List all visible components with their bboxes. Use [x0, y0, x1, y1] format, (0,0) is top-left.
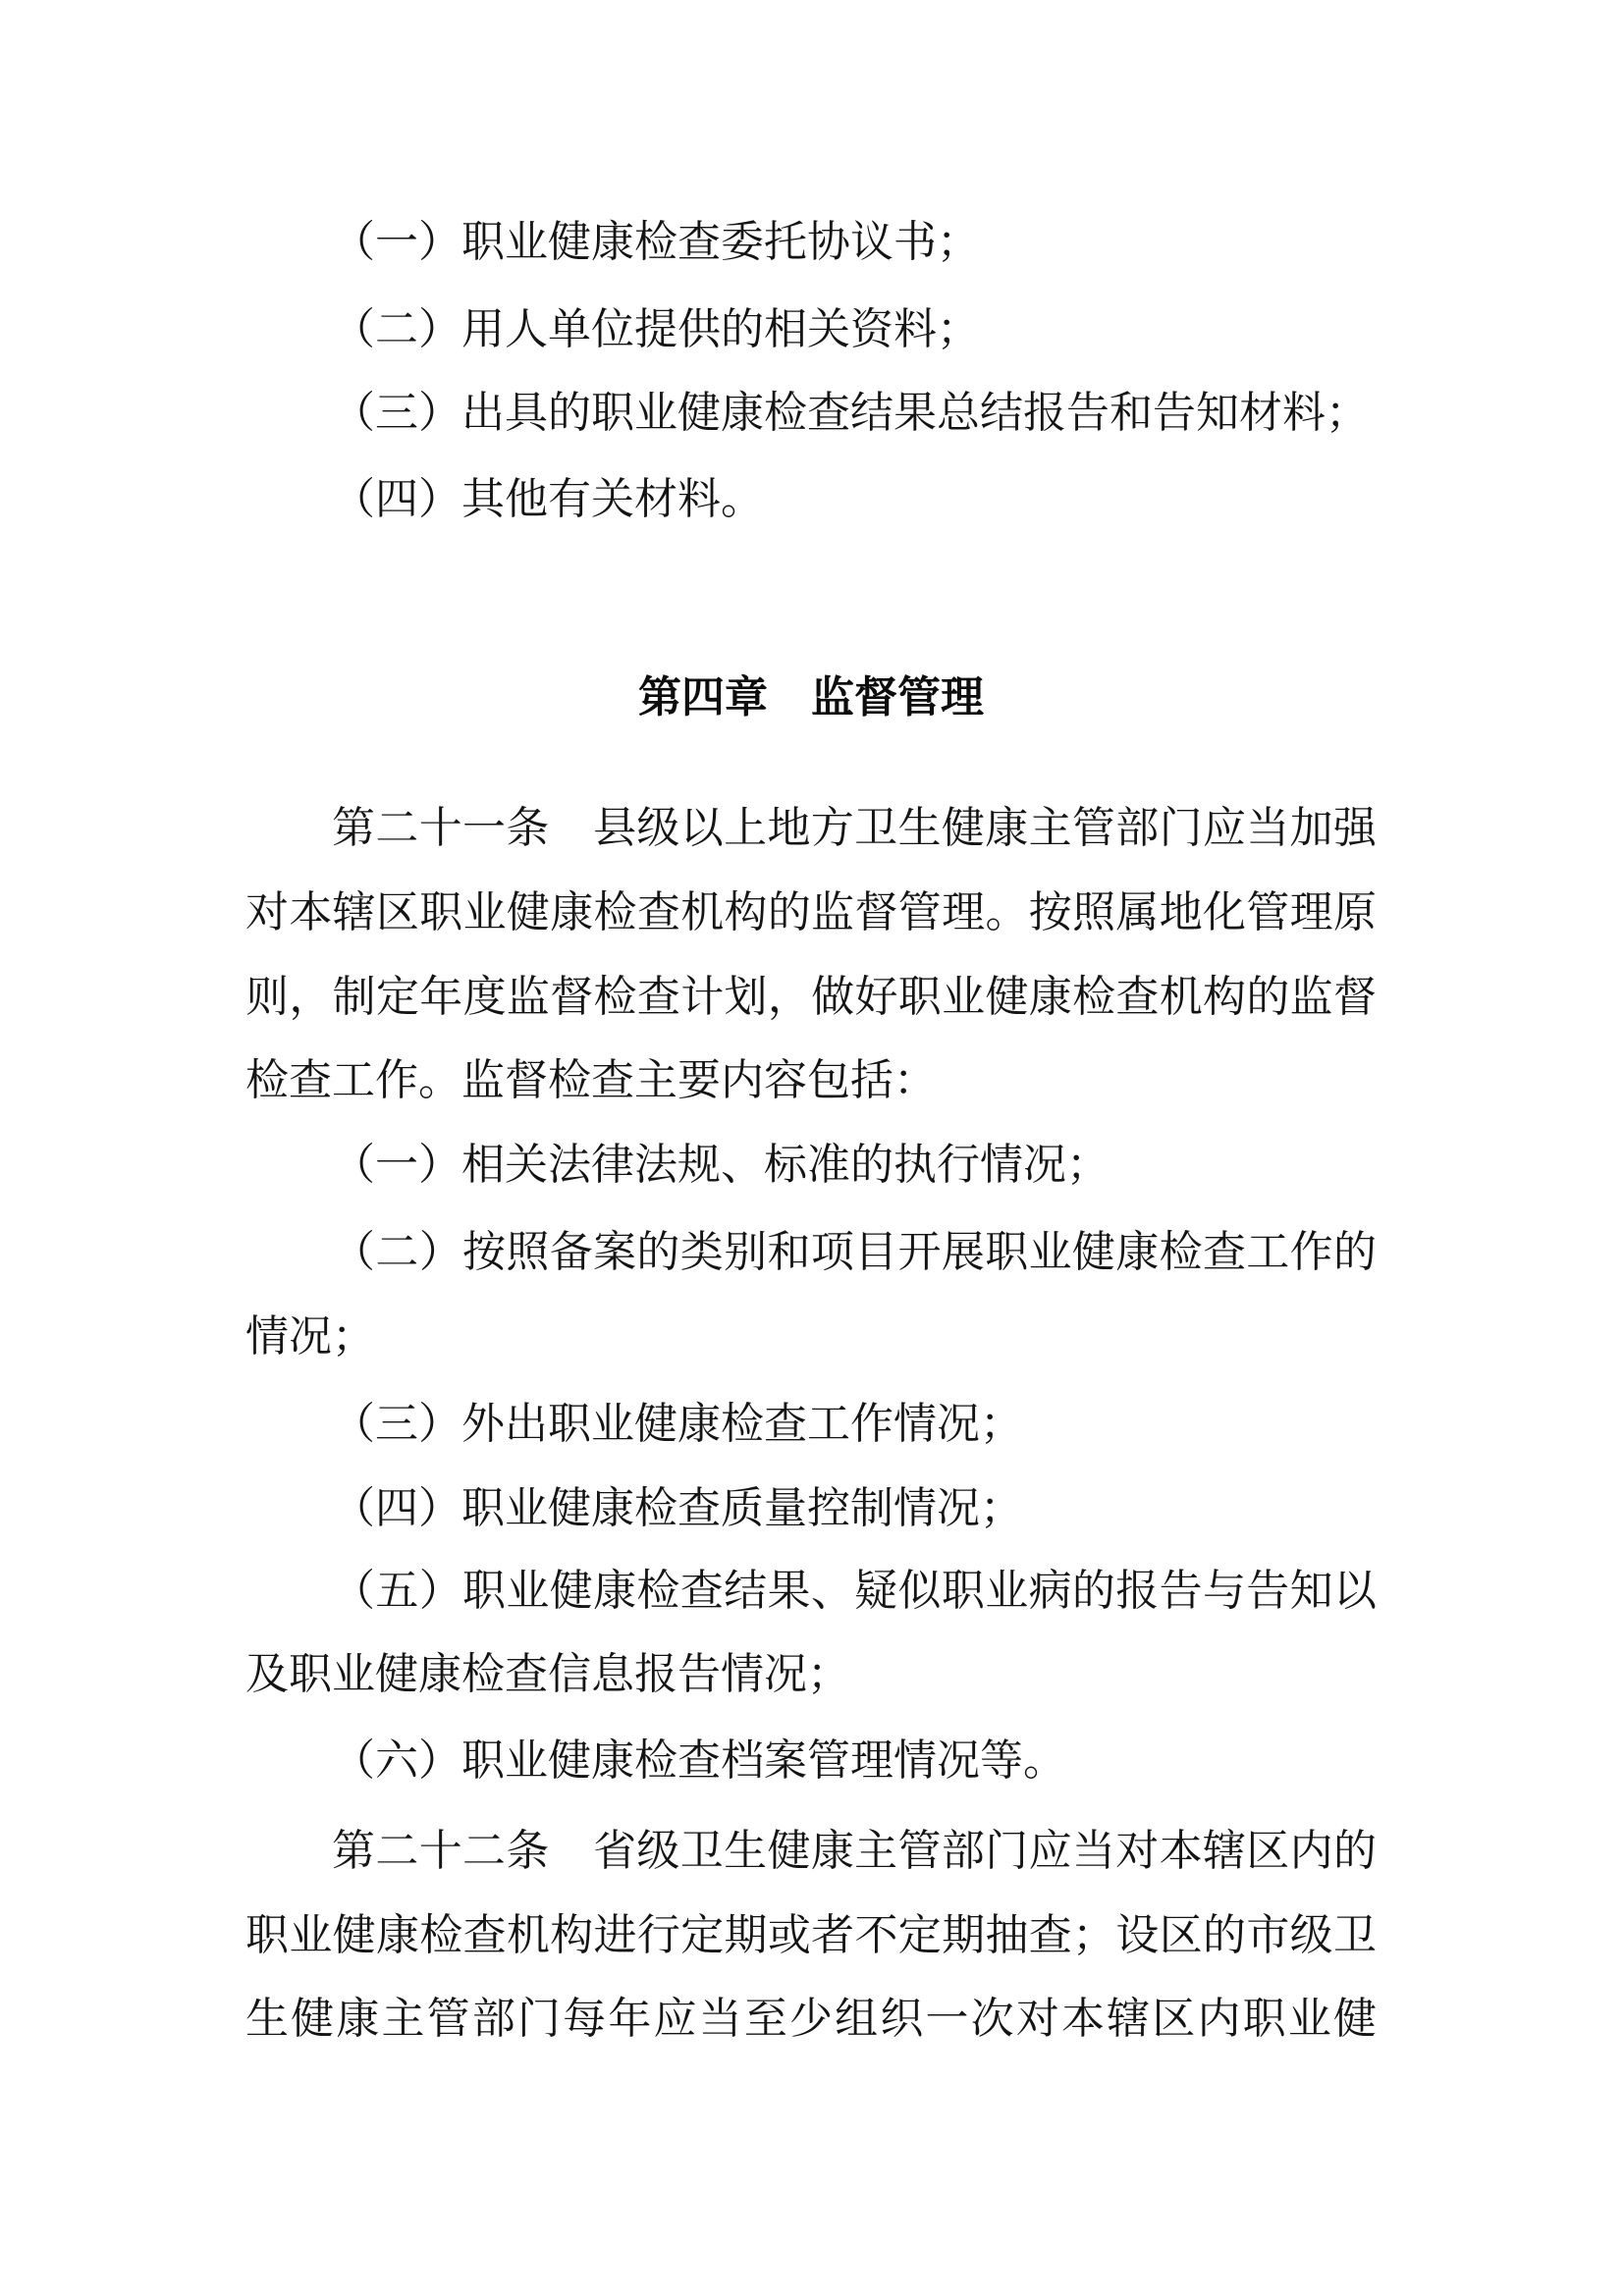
supervision-item-2-line-1: （二）按照备案的类别和项目开展职业健康检查工作的	[245, 1229, 1377, 1276]
article-21-line-3: 则，制定年度监督检查计划，做好职业健康检查机构的监督	[245, 974, 1377, 1021]
supervision-item-2-line-2: 情况；	[245, 1313, 1377, 1361]
list-item-1: （一）职业健康检查委托协议书；	[245, 219, 1377, 266]
article-21-line-4: 检查工作。监督检查主要内容包括：	[245, 1057, 1377, 1104]
list-item-4: （四）其他有关材料。	[245, 476, 1377, 523]
chapter-heading: 第四章 监督管理	[245, 673, 1377, 722]
article-22-line-2: 职业健康检查机构进行定期或者不定期抽查；设区的市级卫	[245, 1912, 1377, 1959]
list-item-2: （二）用人单位提供的相关资料；	[245, 306, 1377, 353]
document-page: （一）职业健康检查委托协议书； （二）用人单位提供的相关资料； （三）出具的职业…	[0, 0, 1624, 2296]
article-22-line-1: 第二十二条 省级卫生健康主管部门应当对本辖区内的	[245, 1828, 1377, 1875]
supervision-item-5-line-2: 及职业健康检查信息报告情况；	[245, 1651, 1377, 1698]
supervision-item-6: （六）职业健康检查档案管理情况等。	[245, 1737, 1377, 1785]
supervision-item-5-line-1: （五）职业健康检查结果、疑似职业病的报告与告知以	[245, 1568, 1377, 1615]
article-21-line-2: 对本辖区职业健康检查机构的监督管理。按照属地化管理原	[245, 889, 1377, 936]
list-item-3: （三）出具的职业健康检查结果总结报告和告知材料；	[245, 390, 1377, 437]
supervision-item-4: （四）职业健康检查质量控制情况；	[245, 1485, 1377, 1532]
article-22-line-3: 生健康主管部门每年应当至少组织一次对本辖区内职业健	[245, 1996, 1377, 2043]
supervision-item-1: （一）相关法律法规、标准的执行情况；	[245, 1142, 1377, 1189]
article-21-line-1: 第二十一条 县级以上地方卫生健康主管部门应当加强	[245, 805, 1377, 852]
supervision-item-3: （三）外出职业健康检查工作情况；	[245, 1401, 1377, 1448]
